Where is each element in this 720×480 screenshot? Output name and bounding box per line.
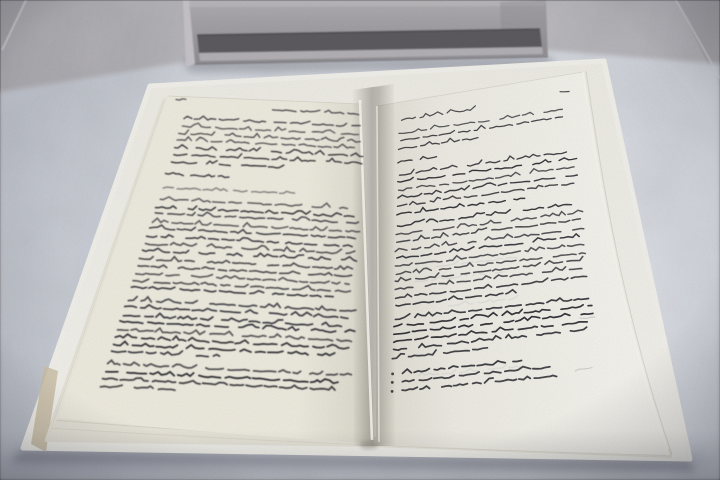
photo-grain [0,0,720,480]
exhibition-photo [0,0,720,480]
scene-canvas [0,0,720,480]
